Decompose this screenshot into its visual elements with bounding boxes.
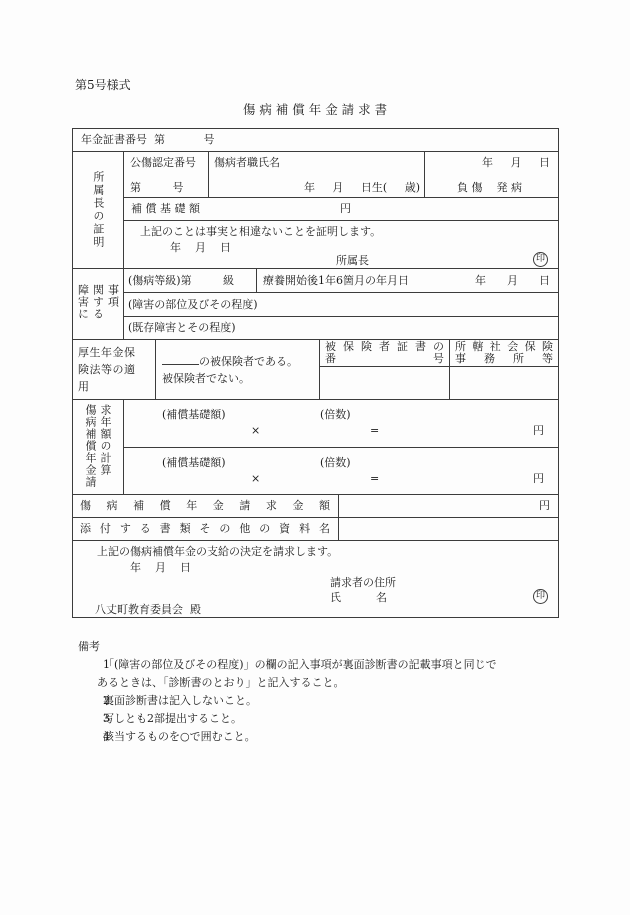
- calc-row: (補償基礎額) (倍数) × = 円: [124, 447, 558, 494]
- note-text: 「(障害の部位及びその程度)」の欄の記入事項が裏面診断書の記載事項と同じで: [103, 658, 497, 671]
- multiply-sign: ×: [251, 424, 260, 438]
- note-text-continuation: あるときは、「診断書のとおり」と記入すること。: [78, 674, 578, 692]
- welfare-pension-label: 厚生年金保険法等の適用: [78, 344, 140, 395]
- disability-part-label: (障害の部位及びその程度): [124, 298, 258, 312]
- disability-section-label-cell: 障害に関する事項: [73, 269, 124, 339]
- certification-date: 年 月 日: [170, 241, 231, 255]
- attached-docs-field: [338, 518, 558, 540]
- yen-label: 円: [533, 472, 544, 486]
- note-text: 該当するものを○で囲むこと。: [103, 730, 256, 743]
- seal-icon: 印: [533, 589, 548, 604]
- addressee: 八丈町教育委員会 殿: [95, 603, 201, 617]
- welfare-pension-label-cell: 厚生年金保険法等の適用: [73, 340, 156, 399]
- injury-grade-cell: (傷病等級)第 級: [124, 274, 256, 288]
- pension-certificate-number-label: 年金証書番号 第 号: [73, 133, 214, 147]
- compensation-base-unit: 円: [340, 202, 351, 216]
- insured-cert-number-field: [320, 367, 449, 399]
- claim-amount-field: 円: [338, 495, 558, 517]
- official-injury-number-label: 公傷認定番号: [130, 156, 204, 170]
- base-amount-label: (補償基礎額): [162, 456, 226, 470]
- insured-cert-number-header: 被保険者証書の 番号: [320, 340, 449, 367]
- note-item: 2裏面診断書は記入しないこと。: [78, 692, 578, 710]
- note-number: 1: [78, 656, 103, 674]
- injury-onset-label: 負 傷 発 病: [429, 181, 550, 195]
- note-number: 2: [78, 692, 103, 710]
- disability-part-row: (障害の部位及びその程度): [124, 292, 558, 316]
- yen-label: 円: [539, 499, 550, 513]
- base-amount-label: (補償基礎額): [162, 408, 226, 422]
- note-number: 3: [78, 710, 103, 728]
- equals-sign: =: [370, 472, 379, 486]
- supervisor-section-label-cell: 所属長の証明: [73, 152, 124, 268]
- supervisor-signature-label: 所属長: [336, 254, 369, 268]
- note-text: 写しとも2部提出すること。: [103, 712, 242, 725]
- attached-docs-label: 添付する書類その他の資料名: [73, 522, 338, 536]
- insured-status-cell: の被保険者である。 被保険者でない。: [156, 340, 319, 399]
- injured-person-name-label: 傷病者職氏名: [214, 156, 420, 170]
- form-number: 第5号様式: [75, 78, 131, 93]
- claim-amount-row: 傷病補償年金請求金額 円: [73, 494, 558, 517]
- factor-label: (倍数): [320, 456, 351, 470]
- seal-icon: 印: [533, 252, 548, 267]
- insured-option-yes: の被保険者である。: [199, 355, 298, 368]
- compensation-base-row: 補 償 基 礎 額 円: [124, 197, 558, 220]
- claimant-name-label: 氏 名: [330, 591, 387, 605]
- existing-disability-row: (既存障害とその程度): [124, 316, 558, 339]
- official-injury-number-value: 第 号: [130, 181, 204, 195]
- disability-section: 障害に関する事項 (傷病等級)第 級 療養開始後1年6箇月の年月日 年 月 日 …: [73, 268, 558, 339]
- social-insurance-office-header-line2: 事務所等: [455, 353, 553, 365]
- insured-cert-number-header-line2: 番号: [325, 353, 444, 365]
- existing-disability-label: (既存障害とその程度): [124, 321, 236, 335]
- note-item: 4該当するものを○で囲むこと。: [78, 728, 578, 746]
- page-title: 傷 病 補 償 年 金 請 求 書: [0, 102, 630, 118]
- injured-person-name-cell: 傷病者職氏名 年 月 日生( 歳): [208, 152, 424, 197]
- social-insurance-office-header: 所轄社会保険 事務所等: [450, 340, 558, 367]
- note-item: 1「(障害の部位及びその程度)」の欄の記入事項が裏面診断書の記載事項と同じで: [78, 656, 578, 674]
- attached-docs-row: 添付する書類その他の資料名: [73, 517, 558, 540]
- supervisor-certification-section: 所属長の証明 公傷認定番号 第 号 傷病者職氏名 年 月 日生( 歳) 年 月 …: [73, 151, 558, 268]
- claim-amount-label: 傷病補償年金請求金額: [73, 499, 338, 513]
- certification-statement: 上記のことは事実と相違ないことを証明します。: [140, 225, 381, 239]
- fill-in-blank: [162, 353, 199, 365]
- request-date: 年 月 日: [130, 561, 191, 575]
- yen-label: 円: [533, 424, 544, 438]
- official-injury-number-cell: 公傷認定番号 第 号: [124, 152, 208, 197]
- injury-onset-date-cell: 年 月 日 負 傷 発 病: [424, 152, 558, 197]
- welfare-pension-section: 厚生年金保険法等の適用 の被保険者である。 被保険者でない。 被保険者証書の 番…: [73, 339, 558, 399]
- claim-form-table: 年金証書番号 第 号 所属長の証明 公傷認定番号 第 号 傷病者職氏名 年 月 …: [72, 128, 559, 618]
- notes-title: 備考: [78, 638, 578, 656]
- notes-section: 備考 1「(障害の部位及びその程度)」の欄の記入事項が裏面診断書の記載事項と同じ…: [78, 638, 578, 746]
- pension-certificate-number-row: 年金証書番号 第 号: [73, 129, 558, 151]
- note-number: 4: [78, 728, 103, 746]
- calc-section: 傷病補償年金請求年額の計算 (補償基礎額) (倍数) × = 円 (補償基礎額)…: [73, 399, 558, 494]
- treatment-date-label: 年 月 日: [475, 274, 550, 288]
- injury-date-label: 年 月 日: [429, 156, 550, 170]
- calc-row: (補償基礎額) (倍数) × = 円: [124, 400, 558, 447]
- social-insurance-office-field: [450, 367, 558, 399]
- insured-option-no: 被保険者でない。: [162, 370, 319, 387]
- factor-label: (倍数): [320, 408, 351, 422]
- request-section: 上記の傷病補償年金の支給の決定を請求します。 年 月 日 請求者の住所 氏 名 …: [73, 540, 558, 618]
- compensation-base-label: 補 償 基 礎 額: [124, 202, 200, 216]
- request-statement: 上記の傷病補償年金の支給の決定を請求します。: [97, 545, 338, 559]
- equals-sign: =: [370, 424, 379, 438]
- treatment-start-label: 療養開始後1年6箇月の年月日: [263, 274, 409, 288]
- note-item: 3写しとも2部提出すること。: [78, 710, 578, 728]
- certification-statement-cell: 上記のことは事実と相違ないことを証明します。 年 月 日 所属長 印: [124, 220, 558, 268]
- note-text: 裏面診断書は記入しないこと。: [103, 694, 257, 707]
- supervisor-section-label: 所属長の証明: [91, 171, 105, 249]
- calc-section-label-cell: 傷病補償年金請求年額の計算: [73, 400, 124, 494]
- disability-section-label: 障害に関する事項: [76, 284, 121, 325]
- birthdate-label: 年 月 日生( 歳): [214, 181, 420, 195]
- treatment-date-cell: 療養開始後1年6箇月の年月日 年 月 日: [256, 269, 558, 292]
- claimant-address-label: 請求者の住所: [330, 576, 396, 590]
- calc-section-label: 傷病補償年金請求年額の計算: [83, 404, 113, 490]
- multiply-sign: ×: [251, 472, 260, 486]
